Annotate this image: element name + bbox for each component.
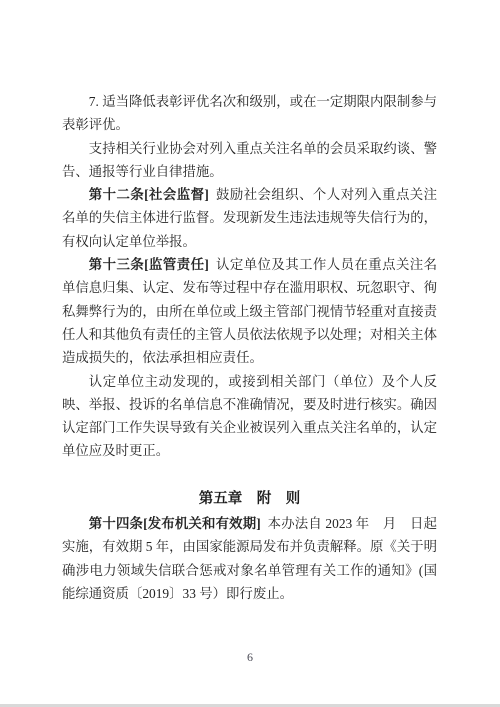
paragraph-correction-duty: 认定单位主动发现的，或接到相关部门（单位）及个人反映、举报、投诉的名单信息不准确… (62, 370, 437, 463)
paragraph-correction-duty-text: 认定单位主动发现的，或接到相关部门（单位）及个人反映、举报、投诉的名单信息不准确… (62, 374, 437, 459)
paragraph-article-12: 第十二条[社会监督]鼓励社会组织、个人对列入重点关注名单的失信主体进行监督。发现… (62, 183, 437, 253)
article-14-label: 第十四条[发布机关和有效期] (89, 516, 261, 531)
paragraph-article-14: 第十四条[发布机关和有效期]本办法自 2023 年 月 日起实施，有效期 5 年… (62, 512, 437, 605)
document-page: 7. 适当降低表彰评优名次和级别，或在一定期限内限制参与表彰评优。 支持相关行业… (0, 0, 500, 707)
chapter-5-heading: 第五章 附 则 (62, 488, 437, 511)
paragraph-industry-self-discipline-text: 支持相关行业协会对列入重点关注名单的会员采取约谈、警告、通报等行业自律措施。 (62, 141, 437, 179)
paragraph-item-7-text: 7. 适当降低表彰评优名次和级别，或在一定期限内限制参与表彰评优。 (62, 94, 437, 132)
document-body: 7. 适当降低表彰评优名次和级别，或在一定期限内限制参与表彰评优。 支持相关行业… (62, 90, 437, 605)
article-13-label: 第十三条[监管责任] (89, 257, 209, 272)
article-12-label: 第十二条[社会监督] (89, 187, 209, 202)
page-footer: 6 (0, 648, 500, 666)
paragraph-article-13: 第十三条[监管责任]认定单位及其工作人员在重点关注名单信息归集、认定、发布等过程… (62, 253, 437, 369)
page-number: 6 (247, 650, 253, 664)
paragraph-article-13-text: 认定单位及其工作人员在重点关注名单信息归集、认定、发布等过程中存在滥用职权、玩忽… (62, 257, 437, 365)
paragraph-industry-self-discipline: 支持相关行业协会对列入重点关注名单的会员采取约谈、警告、通报等行业自律措施。 (62, 137, 437, 184)
paragraph-item-7: 7. 适当降低表彰评优名次和级别，或在一定期限内限制参与表彰评优。 (62, 90, 437, 137)
